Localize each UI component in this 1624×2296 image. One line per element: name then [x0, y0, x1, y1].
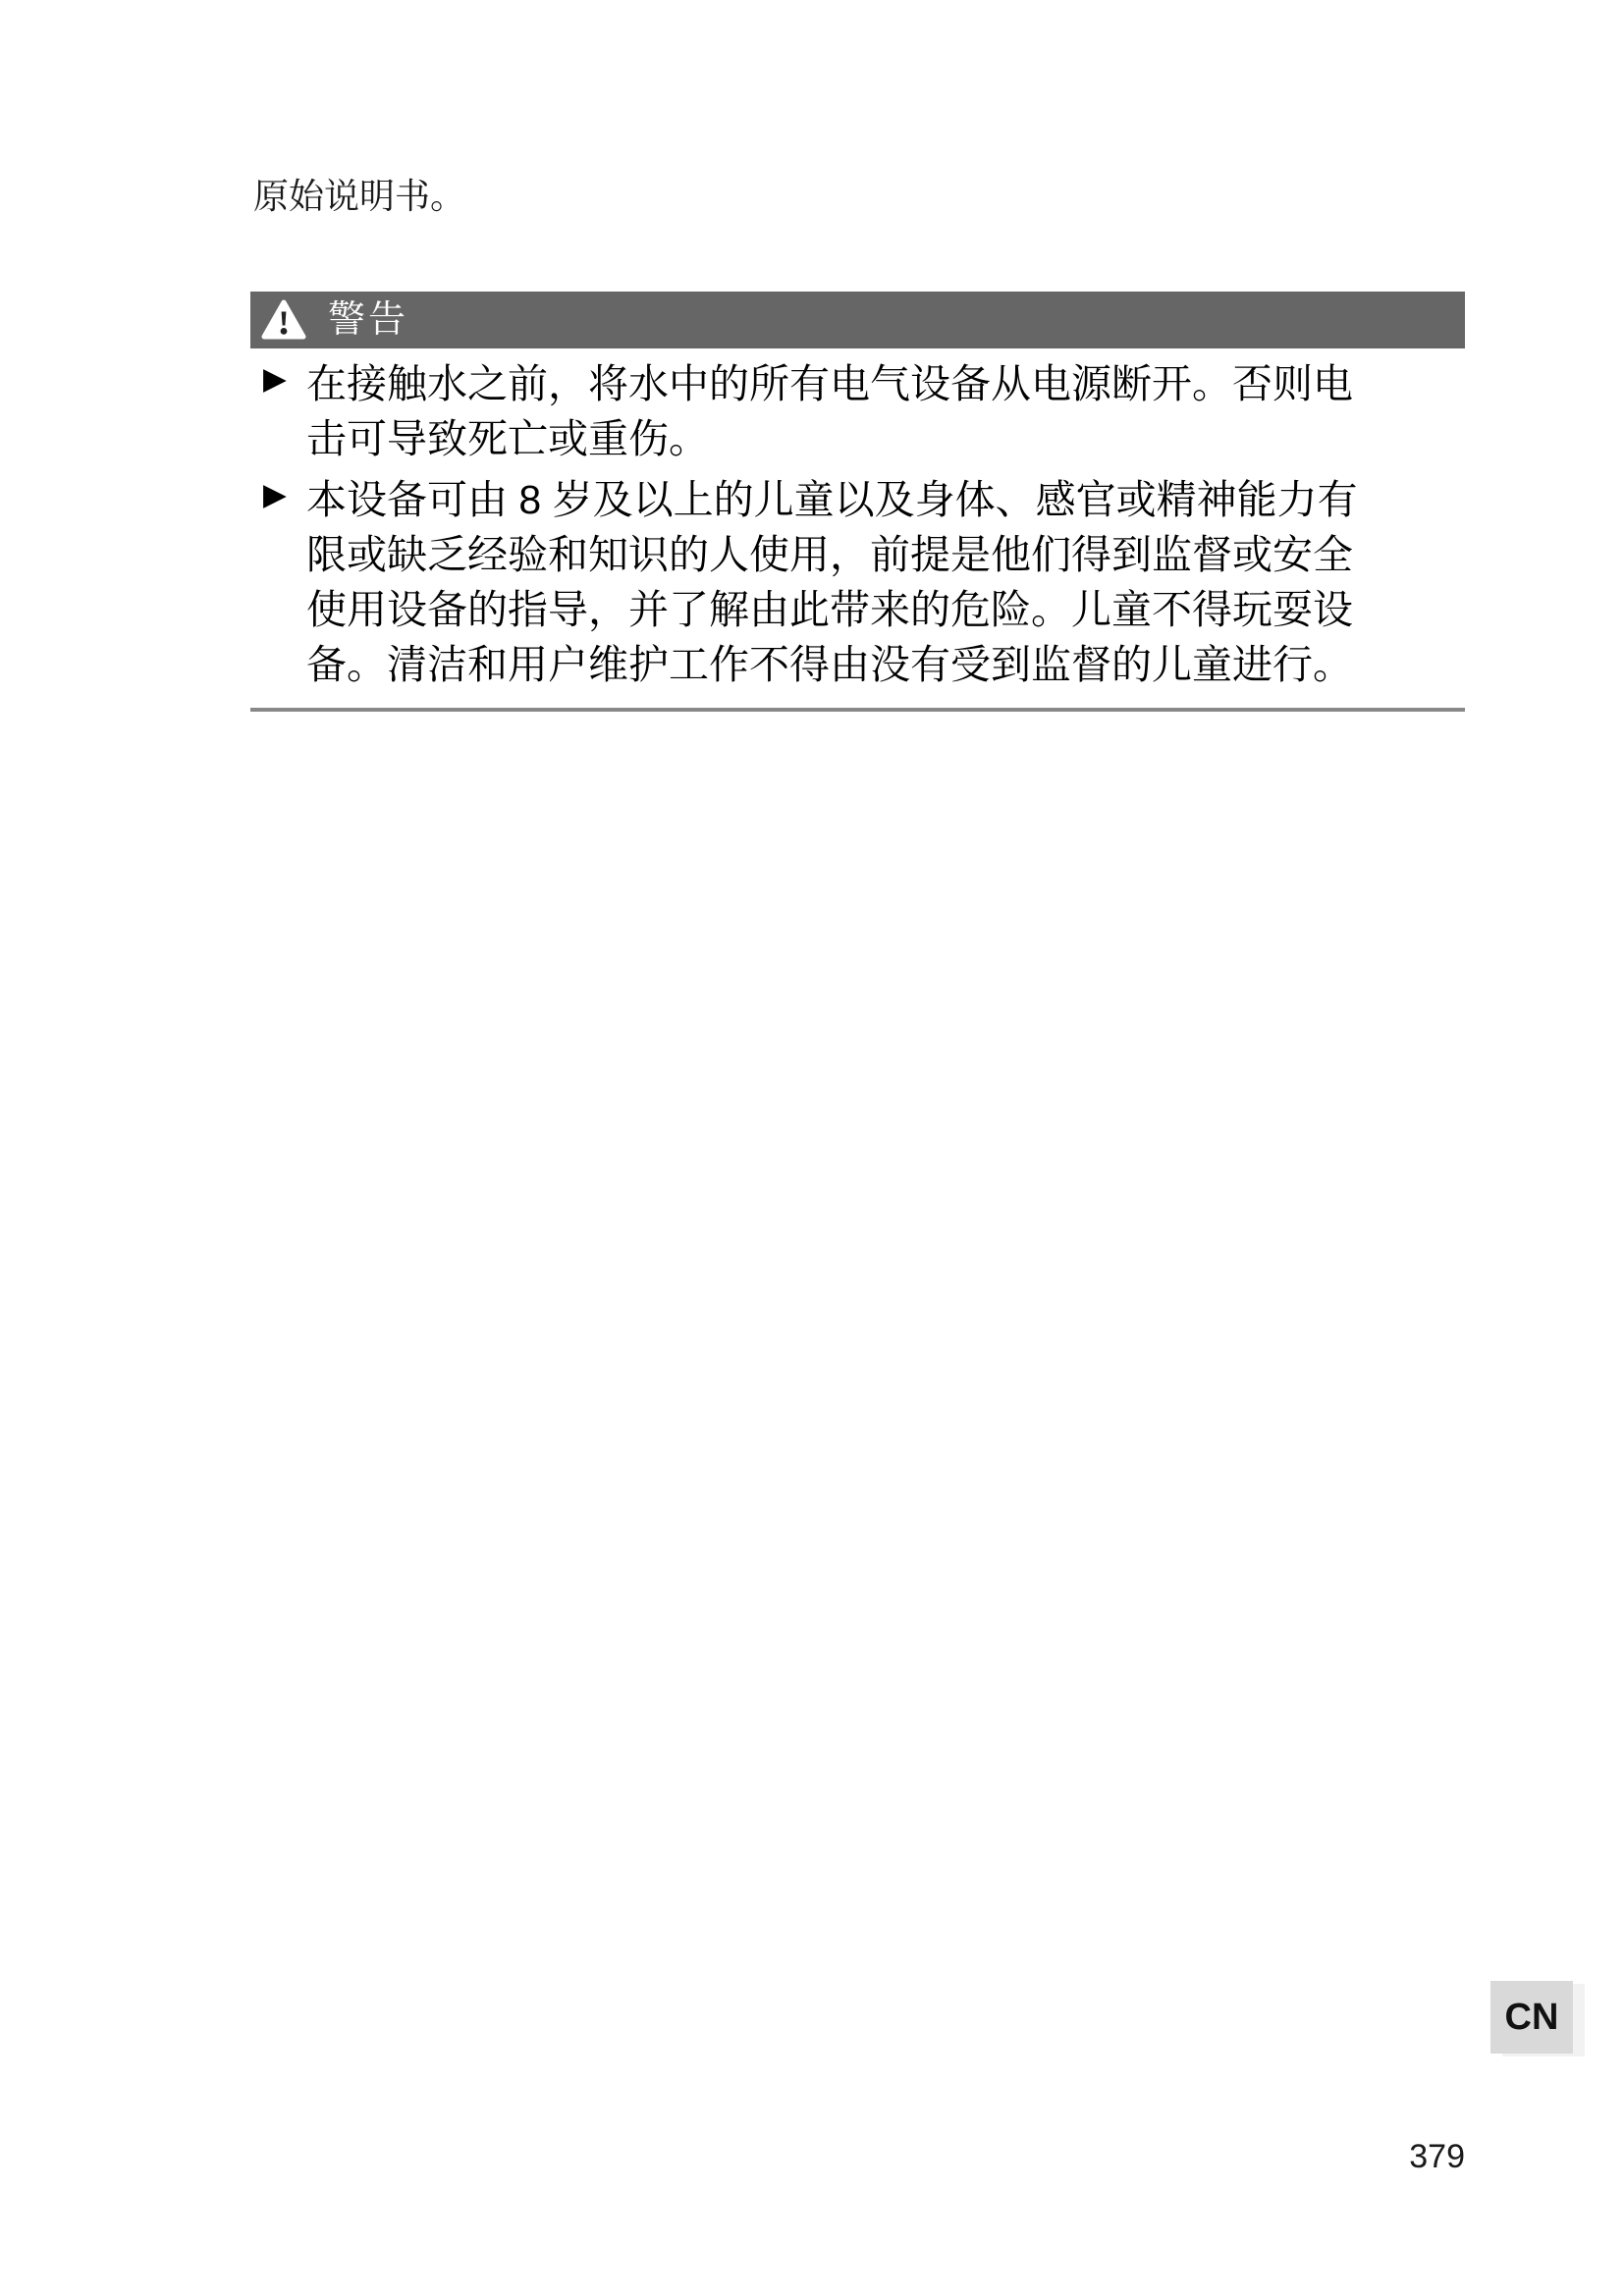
bullet-line: 击可导致死亡或重伤。: [306, 411, 1465, 466]
warning-divider: [250, 708, 1465, 712]
original-instructions-note: 原始说明书。: [253, 177, 465, 216]
bullet-line: 使用设备的指导，并了解由此带来的危险。儿童不得玩耍设: [306, 582, 1465, 637]
bullet-line: 备。清洁和用户维护工作不得由没有受到监督的儿童进行。: [306, 637, 1465, 692]
warning-section: 警告 ▶ 在接触水之前，将水中的所有电气设备从电源断开。否则电 击可导致死亡或重…: [250, 292, 1465, 712]
bullet-line: 限或缺乏经验和知识的人使用，前提是他们得到监督或安全: [306, 527, 1465, 582]
page-number: 379: [1330, 2138, 1465, 2176]
warning-title: 警告: [328, 301, 408, 339]
bullet-triangle-icon: ▶: [263, 479, 287, 509]
bullet-line: 在接触水之前，将水中的所有电气设备从电源断开。否则电: [306, 356, 1465, 411]
warning-header-bar: 警告: [250, 292, 1465, 348]
warning-bullet-1: ▶ 在接触水之前，将水中的所有电气设备从电源断开。否则电 击可导致死亡或重伤。: [250, 356, 1465, 466]
warning-triangle-icon: [261, 299, 306, 341]
manual-page: 原始说明书。 警告 ▶ 在接触水之前，将水中的所有电气设备从电源断开。否则电 击…: [0, 0, 1624, 2296]
warning-bullet-2: ▶ 本设备可由 8 岁及以上的儿童以及身体、感官或精神能力有 限或缺乏经验和知识…: [250, 472, 1465, 692]
bullet-triangle-icon: ▶: [263, 363, 287, 394]
bullet-line: 本设备可由 8 岁及以上的儿童以及身体、感官或精神能力有: [306, 472, 1465, 527]
warning-body: ▶ 在接触水之前，将水中的所有电气设备从电源断开。否则电 击可导致死亡或重伤。 …: [250, 348, 1465, 708]
language-tab-cn: CN: [1490, 1981, 1573, 2054]
